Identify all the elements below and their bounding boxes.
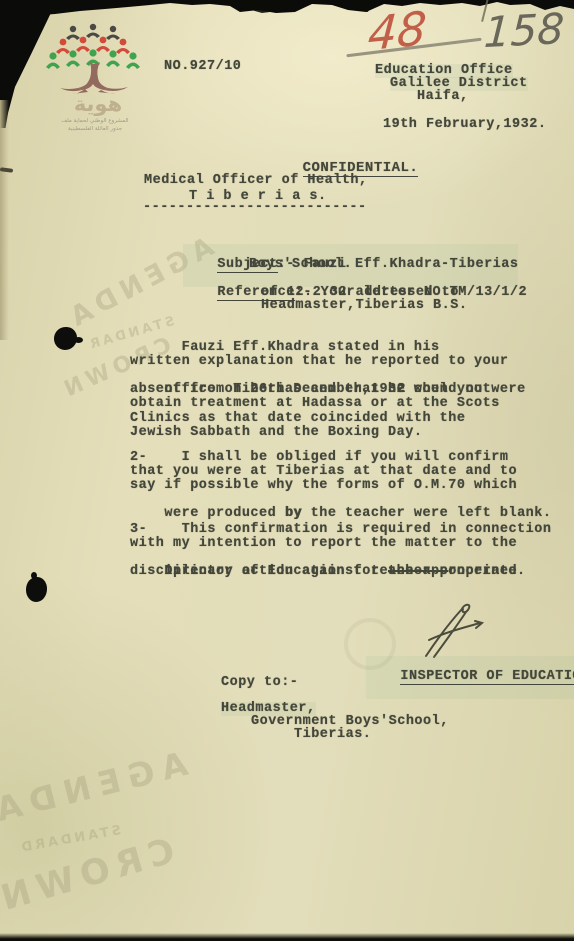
signature-scribble bbox=[412, 602, 492, 660]
ink-blot-nub bbox=[31, 572, 37, 579]
tree-of-people-icon bbox=[38, 22, 154, 94]
signatory-title: INSPECTOR OF EDUCATION. bbox=[366, 656, 574, 699]
office-city: Haifa, bbox=[417, 90, 469, 104]
subject-line-2: Boys'School. bbox=[249, 258, 352, 272]
para1-line: obtain treatment at Hadassa or at the Sc… bbox=[130, 397, 500, 411]
para2-l4-pre: were produced bbox=[164, 506, 284, 521]
logo-arabic-subtitle: المشروع الوطني لحماية ملف bbox=[40, 118, 150, 124]
cc-line: Tiberias. bbox=[294, 728, 371, 742]
torn-top-edge bbox=[0, 0, 574, 18]
addressee-rule: -------------------------- bbox=[143, 201, 367, 215]
copy-to-label: Copy to:- bbox=[221, 676, 298, 690]
para1-line: written explanation that he reported to … bbox=[130, 355, 508, 369]
reference-number: NO.927/10 bbox=[164, 60, 241, 74]
scanned-letter-page: AGENDA STANDAR CROWN AGENDA STANDARD CRO… bbox=[0, 0, 574, 941]
letter-date: 19th February,1932. bbox=[383, 118, 546, 132]
overtyped-word: by bbox=[285, 506, 302, 521]
addressee-title: Medical Officer of Health, bbox=[144, 174, 368, 188]
ink-blot-tail bbox=[74, 337, 83, 343]
bottom-scan-edge bbox=[0, 933, 574, 941]
reference-line-3: Headmaster,Tiberias B.S. bbox=[261, 299, 467, 313]
para3-line: with my intention to report the matter t… bbox=[130, 537, 517, 551]
para3-line: disciplinary action against teacher conc… bbox=[130, 565, 526, 579]
signatory-title-text: INSPECTOR OF EDUCATION. bbox=[400, 669, 574, 685]
para2-l4-post: the teacher were left blank. bbox=[302, 506, 551, 521]
para2-line: say if possible why the forms of O.M.70 … bbox=[130, 479, 517, 493]
logo-arabic-subtitle: جذور العائلة الفلسطينية bbox=[40, 126, 150, 132]
logo-arabic-title: هوية bbox=[58, 92, 138, 116]
para1-line: Jewish Sabbath and the Boxing Day. bbox=[130, 426, 422, 440]
left-edge-shading bbox=[0, 100, 9, 340]
archive-logo: هوية المشروع الوطني لحماية ملف جذور العا… bbox=[38, 22, 154, 140]
